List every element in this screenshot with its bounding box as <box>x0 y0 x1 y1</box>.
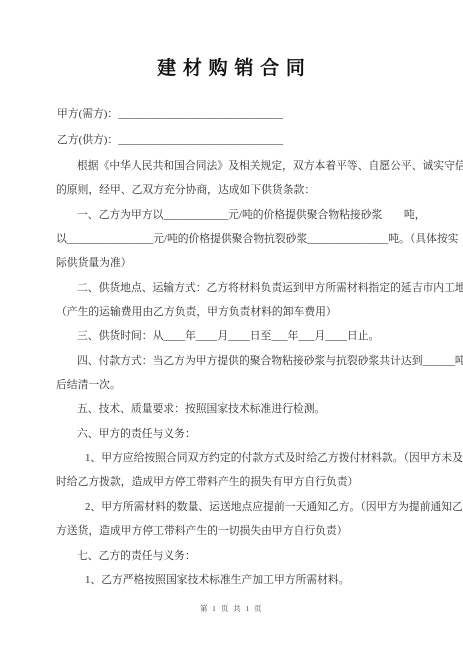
body-line: 方送货，造成甲方停工带料产生的一切损失由甲方自行负责） <box>56 519 463 543</box>
body-line: 1、甲方应给按照合同双方约定的付款方式及时给乙方拨付材料款。（因甲方未及 <box>56 446 463 470</box>
party-line: 甲方(需方)：______________________________ <box>57 102 443 128</box>
body-line: 际供货量为准） <box>56 251 463 275</box>
contract-title: 建 材 购 销 合 同 <box>0 53 463 80</box>
body-line: 六、甲方的责任与义务： <box>56 422 463 446</box>
body-line: 根据《中华人民共和国合同法》及相关规定，双方本着平等、自愿公平、诚实守信 <box>56 154 463 178</box>
body-line: 三、供货时间：从____年____月____日至___年___月____日止。 <box>56 324 463 348</box>
body-line: （产生的运输费用由乙方负责，甲方负责材料的卸车费用） <box>56 300 463 324</box>
page-footer: 第 1 页 共 1 页 <box>0 603 463 614</box>
body-line: 1、乙方严格按照国家技术标准生产加工甲方所需材料。 <box>56 568 463 592</box>
party-blank-line: ______________________________ <box>118 108 283 120</box>
body-line: 五、技术、质量要求：按照国家技术标准进行检测。 <box>56 397 463 421</box>
body-line: 二、供货地点、运输方式：乙方将材料负责运到甲方所需材料指定的延吉市内工地。 <box>56 276 463 300</box>
body-line: 后结清一次。 <box>56 373 463 397</box>
body-line: 时给乙方拨款，造成甲方停工带料产生的损失有甲方自行负责） <box>56 470 463 494</box>
body-line: 的原则，经甲、乙双方充分协商，达成如下供货条款： <box>56 178 463 202</box>
contract-body: 根据《中华人民共和国合同法》及相关规定，双方本着平等、自愿公平、诚实守信的原则，… <box>56 154 463 592</box>
body-line: 以________________元/吨的价格提供聚合物抗裂砂浆________… <box>56 227 463 251</box>
party-block: 甲方(需方)：______________________________乙方(… <box>57 102 443 153</box>
party-blank-line: ______________________________ <box>118 134 283 146</box>
body-line: 一、乙方为甲方以____________元/吨的价格提供聚合物粘接砂浆 吨， <box>56 203 463 227</box>
party-line: 乙方(供方)：______________________________ <box>57 128 443 154</box>
body-line: 七、乙方的责任与义务： <box>56 544 463 568</box>
body-line: 2、甲方所需材料的数量、运送地点应提前一天通知乙方。（因甲方为提前通知乙 <box>56 495 463 519</box>
body-line: 四、付款方式：当乙方为甲方提供的聚合物粘接砂浆与抗裂砂浆共计达到______吨 <box>56 349 463 373</box>
party-label: 乙方(供方)： <box>57 134 118 146</box>
contract-page: 建 材 购 销 合 同 甲方(需方)：_____________________… <box>0 0 463 655</box>
party-label: 甲方(需方)： <box>57 108 118 120</box>
